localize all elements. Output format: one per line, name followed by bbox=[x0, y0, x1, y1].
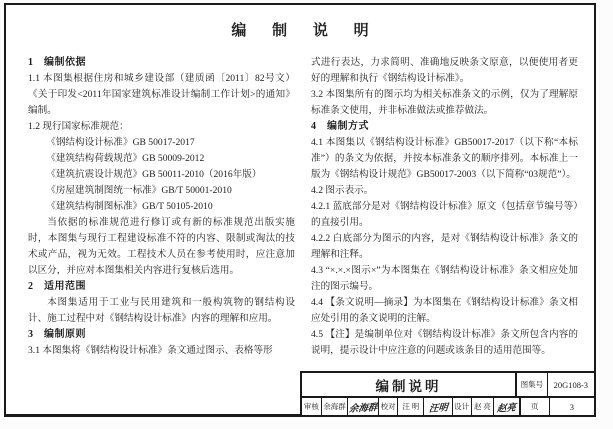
para-3-2: 3.2 本图集所有的图示均为相关标准条文的示例，仅为了理解原标准条文使用，并非标… bbox=[311, 87, 578, 119]
review-name: 余海群 bbox=[321, 398, 347, 415]
design-name: 赵 亮 bbox=[471, 398, 494, 415]
title-block-name: 编制说明 bbox=[302, 373, 515, 396]
para-4-2-1: 4.2.1 蓝底部分是对《钢结构设计标准》原文（包括章节编号等）的直接引用。 bbox=[311, 199, 578, 231]
standard-item: 《建筑结构制图标准》GB/T 50105-2010 bbox=[28, 199, 295, 215]
section-3-heading: 3 编制原则 bbox=[28, 327, 295, 343]
para-4-1: 4.1 本图集以《钢结构设计标准》GB50017-2017（以下称“本标准”）的… bbox=[311, 135, 578, 183]
title-block-row-top: 编制说明 图集号 20G108-3 bbox=[302, 373, 594, 396]
para-4-4: 4.4 【条文说明—摘录】为本图集在《钢结构设计标准》条文相应处引用的条文说明的… bbox=[311, 295, 578, 327]
review-signature: 余海群 bbox=[347, 398, 378, 415]
page-title: 编 制 说 明 bbox=[6, 19, 594, 40]
atlas-number-value: 20G108-3 bbox=[547, 373, 594, 396]
standard-item: 《建筑抗震设计规范》GB 50011-2010（2016年版） bbox=[28, 167, 295, 183]
section-4-heading: 4 编制方式 bbox=[311, 119, 578, 135]
signature-handwriting: 赵亮 bbox=[496, 399, 516, 414]
signature-handwriting: 汪明 bbox=[428, 399, 448, 414]
standard-item: 《建筑结构荷载规范》GB 50009-2012 bbox=[28, 151, 295, 167]
para-4-2-2: 4.2.2 白底部分为图示的内容，是对《钢结构设计标准》条文的理解和注释。 bbox=[311, 231, 578, 263]
signature-handwriting: 余海群 bbox=[348, 398, 377, 414]
para-2: 本图集适用于工业与民用建筑和一般构筑物的钢结构设计、施工过程中对《钢结构设计标准… bbox=[28, 295, 295, 327]
title-block-row-bottom: 审核 余海群 余海群 校对 汪 明 汪明 设计 赵 亮 赵亮 页 3 bbox=[302, 396, 594, 415]
para-4-5: 4.5 【注】是编制单位对《钢结构设计标准》条文所包含内容的说明，提示设计中应注… bbox=[311, 327, 578, 359]
proof-signature: 汪明 bbox=[423, 398, 451, 415]
page-label: 页 bbox=[519, 398, 549, 415]
standard-item: 《房屋建筑制图统一标准》GB/T 50001-2010 bbox=[28, 183, 295, 199]
para-3-1-continued: 式进行表达，力求简明、准确地反映条文原意，以便使用者更好的理解和执行《钢结构设计… bbox=[311, 55, 578, 87]
proof-label: 校对 bbox=[378, 398, 397, 415]
document-body: 1 编制依据 1.1 本图集根据住房和城乡建设部（建质函〔2011〕82号文）《… bbox=[28, 55, 578, 359]
page-border: 编 制 说 明 1 编制依据 1.1 本图集根据住房和城乡建设部（建质函〔201… bbox=[4, 3, 596, 417]
para-3-1: 3.1 本图集将《钢结构设计标准》条文通过图示、表格等形 bbox=[28, 343, 295, 359]
para-4-3: 4.3 “×.×.×图示×”为本图集在《钢结构设计标准》条文相应处加注的图示编号… bbox=[311, 263, 578, 295]
right-column: 式进行表达，力求简明、准确地反映条文原意，以便使用者更好的理解和执行《钢结构设计… bbox=[311, 55, 578, 359]
para-1-2: 1.2 现行国家标准规范： bbox=[28, 119, 295, 135]
design-label: 设计 bbox=[452, 398, 471, 415]
para-standards-note: 当依据的标准规范进行修订或有新的标准规范出版实施时，本图集与现行工程建设标准不符… bbox=[28, 215, 295, 279]
design-signature: 赵亮 bbox=[493, 398, 518, 415]
standard-item: 《钢结构设计标准》GB 50017-2017 bbox=[28, 135, 295, 151]
atlas-number-label: 图集号 bbox=[515, 373, 547, 396]
drawing-title-block: 编制说明 图集号 20G108-3 审核 余海群 余海群 校对 汪 明 汪明 设… bbox=[300, 371, 596, 417]
review-label: 审核 bbox=[302, 398, 321, 415]
para-4-2: 4.2 图示表示。 bbox=[311, 183, 578, 199]
para-1-1: 1.1 本图集根据住房和城乡建设部（建质函〔2011〕82号文）《关于印发<20… bbox=[28, 71, 295, 119]
page-number: 3 bbox=[549, 398, 594, 415]
left-column: 1 编制依据 1.1 本图集根据住房和城乡建设部（建质函〔2011〕82号文）《… bbox=[28, 55, 295, 359]
proof-name: 汪 明 bbox=[397, 398, 423, 415]
section-2-heading: 2 适用范围 bbox=[28, 279, 295, 295]
section-1-heading: 1 编制依据 bbox=[28, 55, 295, 71]
